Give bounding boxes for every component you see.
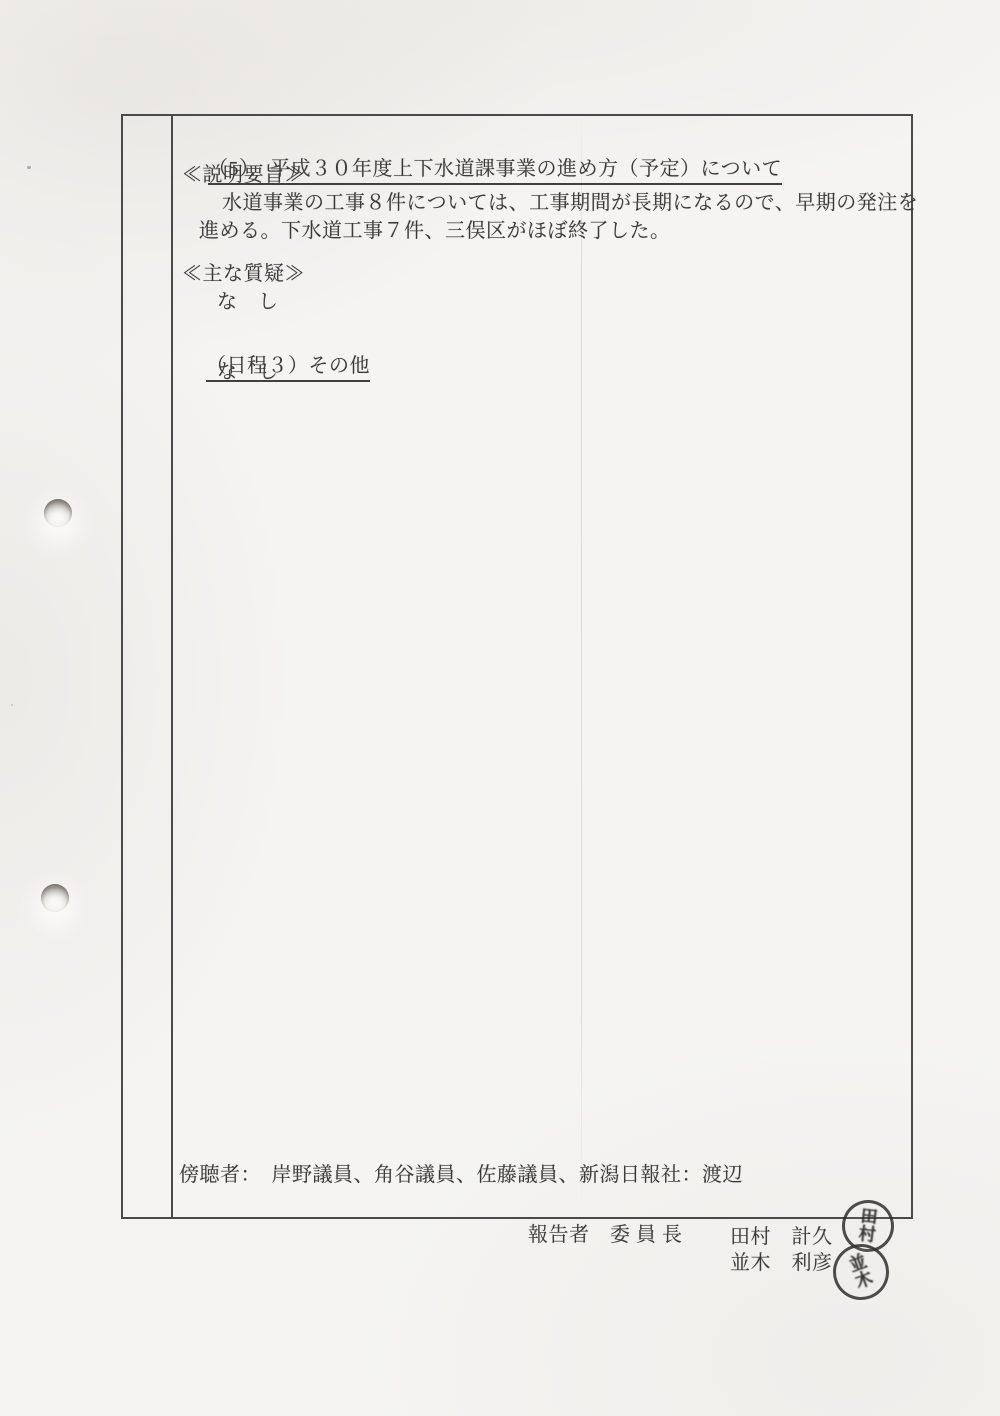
reporter-label: 報告者: [528, 1224, 590, 1247]
reporter-name-2: 並木 利彦: [730, 1250, 833, 1276]
agenda3-answer: な し: [217, 361, 279, 384]
hanko-stamp-namiki: 並木: [825, 1236, 897, 1308]
hanko-stamp-namiki-text: 並木: [846, 1252, 877, 1292]
qa-answer: な し: [217, 291, 279, 314]
dust-speck: [11, 704, 13, 706]
dust-speck: [27, 166, 31, 169]
summary-heading: ≪説明要旨≫: [182, 164, 305, 187]
reporter-names: 田村 計久 並木 利彦: [730, 1224, 833, 1276]
summary-body-line1: 水道事業の工事８件については、工事期間が長期になるので、早期の発注を: [222, 192, 918, 215]
punch-hole-bottom: [41, 884, 69, 912]
hanko-stamp-tamura-text: 田村: [856, 1207, 880, 1245]
observers-line: 傍聴者： 岸野議員、角谷議員、佐藤議員、新潟日報社：渡辺: [179, 1164, 743, 1187]
reporter-name-1: 田村 計久: [730, 1224, 833, 1250]
qa-heading: ≪主な質疑≫: [182, 263, 305, 286]
reporter-role-label: 委 員 長: [610, 1224, 683, 1247]
punch-hole-top: [44, 499, 72, 527]
table-column-divider: [171, 116, 173, 1217]
summary-body-line2: 進める。下水道工事７件、三俣区がほぼ終了した。: [199, 220, 671, 243]
scanned-report-page: （5）．平成３０年度上下水道課事業の進め方（予定）について ≪説明要旨≫ 水道事…: [0, 0, 1000, 1416]
